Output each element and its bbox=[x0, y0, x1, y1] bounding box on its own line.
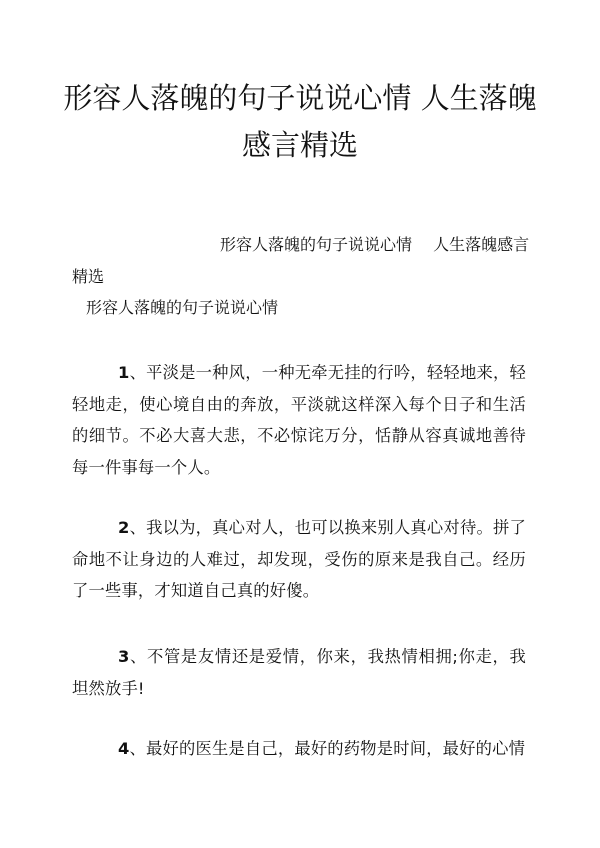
document-title-line-2: 感言精选 bbox=[0, 131, 600, 160]
subtitle-line-1: 形容人落魄的句子说说心情 人生落魄感言 bbox=[220, 236, 529, 254]
paragraph-4: 4、最好的医生是自己，最好的药物是时间，最好的心情 bbox=[72, 733, 526, 765]
paragraph-3: 3、不管是友情还是爱情，你来，我热情相拥;你走，我坦然放手! bbox=[72, 641, 526, 704]
paragraph-number: 2 bbox=[118, 518, 130, 537]
section-heading: 形容人落魄的句子说说心情 bbox=[86, 299, 278, 317]
paragraph-number: 4 bbox=[118, 739, 130, 758]
paragraph-text: 、我以为，真心对人，也可以换来别人真心对待。拼了命地不让身边的人难过，却发现，受… bbox=[72, 518, 526, 600]
paragraph-text: 、最好的医生是自己，最好的药物是时间，最好的心情 bbox=[130, 739, 526, 758]
paragraph-number: 1 bbox=[118, 363, 130, 382]
subtitle-line-2: 精选 bbox=[72, 268, 104, 286]
paragraph-text: 、不管是友情还是爱情，你来，我热情相拥;你走，我坦然放手! bbox=[72, 647, 526, 698]
document-title-line-1: 形容人落魄的句子说说心情 人生落魄 bbox=[0, 84, 600, 113]
paragraph-1: 1、平淡是一种风，一种无牵无挂的行吟，轻轻地来，轻轻地走，使心境自由的奔放，平淡… bbox=[72, 357, 526, 483]
paragraph-text: 、平淡是一种风，一种无牵无挂的行吟，轻轻地来，轻轻地走，使心境自由的奔放，平淡就… bbox=[72, 363, 526, 477]
paragraph-2: 2、我以为，真心对人，也可以换来别人真心对待。拼了命地不让身边的人难过，却发现，… bbox=[72, 512, 526, 607]
paragraph-number: 3 bbox=[118, 647, 130, 666]
